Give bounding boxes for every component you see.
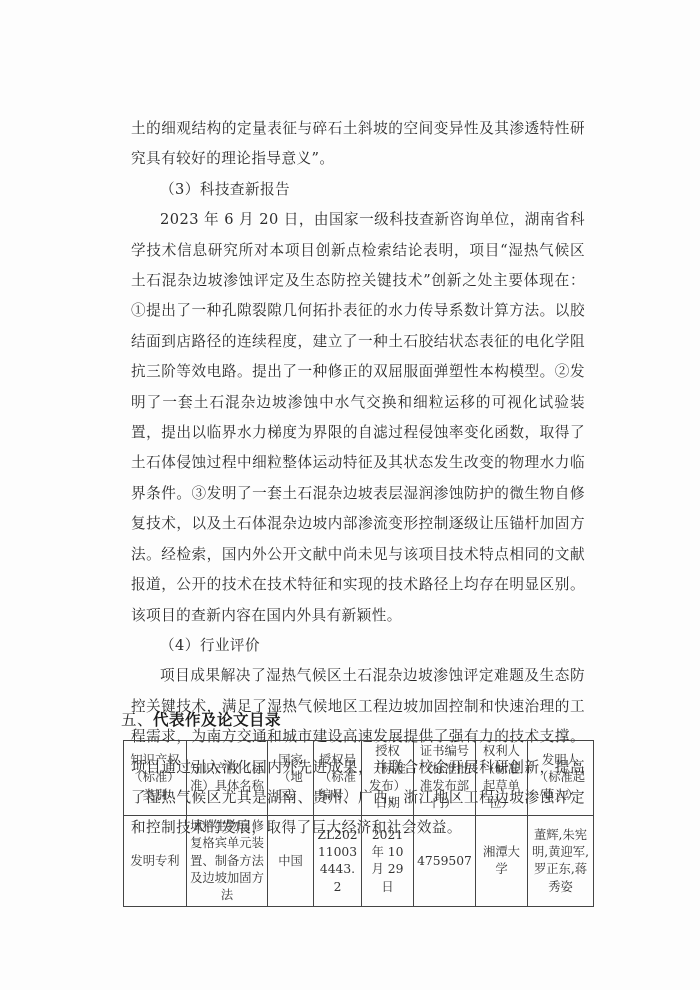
document-page: 土的细观结构的定量表征与碎石土斜坡的空间变异性及其渗透特性研究具有较好的理论指导… — [0, 0, 700, 990]
subheading-industry-evaluation: （4）行业评价 — [131, 631, 585, 661]
header-country: 国家（地区） — [268, 741, 314, 816]
paragraph-novelty-report: 2023 年 6 月 20 日，由国家一级科技查新咨询单位，湖南省科学技术信息研… — [131, 205, 585, 631]
cell-rights-holder: 湘潭大学 — [476, 816, 528, 907]
header-grant-number: 授权号（标准编号） — [314, 741, 362, 816]
table-header-row: 知识产权（标准）类别 知识产权（标准）具体名称 国家（地区） 授权号（标准编号）… — [124, 741, 594, 816]
body-text: 土的细观结构的定量表征与碎石土斜坡的空间变异性及其渗透特性研究具有较好的理论指导… — [131, 114, 585, 844]
section-number: 五、 — [121, 711, 153, 729]
cell-ip-category: 发明专利 — [124, 816, 187, 907]
paragraph-continuation: 土的细观结构的定量表征与碎石土斜坡的空间变异性及其渗透特性研究具有较好的理论指导… — [131, 114, 585, 175]
cell-country: 中国 — [268, 816, 314, 907]
header-certificate-number: 证书编号（标准批准发布部门） — [414, 741, 476, 816]
section-title: 代表作及论文目录 — [153, 711, 281, 729]
header-inventors: 发明人（标准起草人） — [528, 741, 594, 816]
cell-ip-name: 填料生物自修复格宾单元装置、制备方法及边坡加固方法 — [187, 816, 268, 907]
header-ip-name: 知识产权（标准）具体名称 — [187, 741, 268, 816]
header-grant-date: 授权（标准发布）日期 — [362, 741, 414, 816]
cell-inventors: 董辉,朱宪明,黄迎军,罗正东,蒋秀姿 — [528, 816, 594, 907]
section-heading: 五、代表作及论文目录 — [121, 708, 281, 730]
header-ip-category: 知识产权（标准）类别 — [124, 741, 187, 816]
ip-table: 知识产权（标准）类别 知识产权（标准）具体名称 国家（地区） 授权号（标准编号）… — [123, 740, 594, 907]
cell-grant-number: ZL202110034443.2 — [314, 816, 362, 907]
cell-grant-date: 2021 年 10 月 29 日 — [362, 816, 414, 907]
table-row: 发明专利 填料生物自修复格宾单元装置、制备方法及边坡加固方法 中国 ZL2021… — [124, 816, 594, 907]
header-rights-holder: 权利人（标准起草单位） — [476, 741, 528, 816]
cell-certificate-number: 4759507 — [414, 816, 476, 907]
subheading-novelty-report: （3）科技查新报告 — [131, 175, 585, 205]
